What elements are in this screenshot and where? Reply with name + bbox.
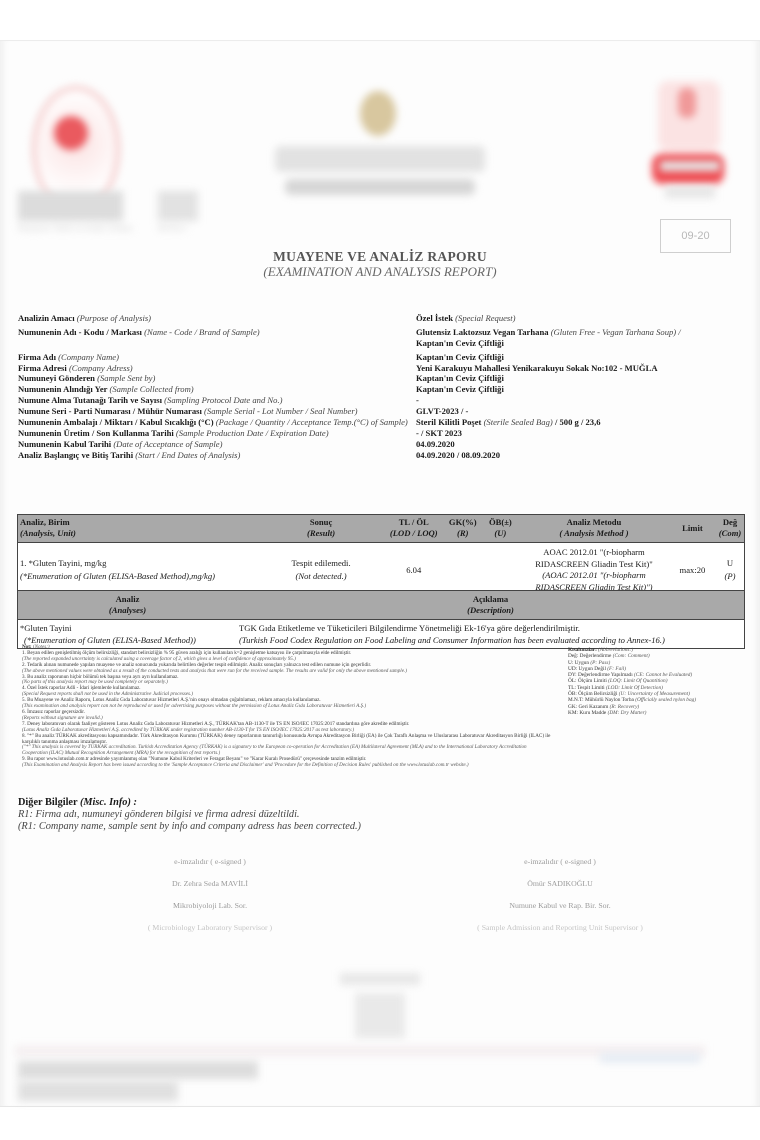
info-row: Numunenin Üretim / Son Kullanma Tarihi (… <box>18 428 746 439</box>
note-item: 2. Tedarik alınan numunede yapılan muaye… <box>22 663 552 675</box>
note-item: 1. Beyan edilen genişletilmiş ölçüm beli… <box>22 651 552 663</box>
footer-contact <box>18 1081 178 1101</box>
laboratory-logo <box>270 91 490 201</box>
info-value: GLVT-2023 / - <box>416 406 468 416</box>
info-label: Numune Seri - Parti Numarası / Mühür Num… <box>18 406 358 416</box>
info-value: Özel İstek (Special Request) <box>416 313 516 323</box>
info-row-continuation: Kaptan'ın Ceviz Çiftliği <box>18 338 746 349</box>
signature-right: e-imzalıdır ( e-signed ) Ömür SADIKOĞLU … <box>410 851 710 939</box>
note-item: 5. Bu Muayene ve Analiz Raporu, Lotus An… <box>22 698 552 710</box>
info-label: Numunenin Adı - Kodu / Markası (Name - C… <box>18 327 260 337</box>
info-value: Glutensiz Laktozsuz Vegan Tarhana (Glute… <box>416 327 681 337</box>
info-value: - <box>416 395 419 405</box>
sample-info: Analizin Amacı (Purpose of Analysis)Özel… <box>18 313 746 461</box>
info-label: Numune Alma Tutanağı Tarih ve Sayısı (Sa… <box>18 395 282 405</box>
signature-left: e-imzalıdır ( e-signed ) Dr. Zehra Seda … <box>60 851 360 939</box>
abbreviations: Kısaltmalar: (Abbreviations:)Değ: Değerl… <box>568 647 758 716</box>
note-item: 8. "*" Bu analiz TÜRKAK akreditasyonu ka… <box>22 734 552 758</box>
info-value: 04.09.2020 / 08.09.2020 <box>416 450 500 460</box>
footer-link <box>600 1053 700 1063</box>
info-label: Firma Adı (Company Name) <box>18 352 119 362</box>
note-item: 7. Deney laboratuvarı olarak faaliyet gö… <box>22 722 552 734</box>
footer-stamp <box>330 963 425 1048</box>
description-table: Analiz(Analyses) Açıklama(Description) *… <box>17 590 745 649</box>
info-row: Numunenin Ambalajı / Miktarı / Kabul Sıc… <box>18 417 746 428</box>
info-label: Analizin Amacı (Purpose of Analysis) <box>18 313 151 323</box>
info-row: Numunenin Alındığı Yer (Sample Collected… <box>18 384 746 395</box>
info-label: Numunenin Kabul Tarihi (Date of Acceptan… <box>18 439 222 449</box>
info-label: Numunenin Alındığı Yer (Sample Collected… <box>18 384 194 394</box>
abbreviation-item: KM: Kuru Madde (DM: Dry Matter) <box>568 710 758 716</box>
info-label: Firma Adresi (Company Adress) <box>18 363 133 373</box>
report-date-box: 09-20 <box>660 219 731 253</box>
info-value: - / SKT 2023 <box>416 428 462 438</box>
info-value: 04.09.2020 <box>416 439 455 449</box>
info-row: Numunenin Kabul Tarihi (Date of Acceptan… <box>18 439 746 450</box>
report-page: Muayene Tahlil ve Analiz Ünitesi MUĞLA 0… <box>0 40 760 1107</box>
note-item: 6. İmzasız raporlar geçersizdir.(Reports… <box>22 710 552 722</box>
info-value: Kaptan'ın Ceviz Çiftliği <box>416 384 504 394</box>
info-row: Numunenin Adı - Kodu / Markası (Name - C… <box>18 327 746 338</box>
info-label: Numunenin Ambalajı / Miktarı / Kabul Sıc… <box>18 417 408 427</box>
info-row: Numune Alma Tutanağı Tarih ve Sayısı (Sa… <box>18 395 746 406</box>
info-row: Analizin Amacı (Purpose of Analysis)Özel… <box>18 313 746 324</box>
note-item: 9. Bu rapor www.lotuslab.com.tr adresind… <box>22 757 552 769</box>
info-row: Firma Adı (Company Name)Kaptan'ın Ceviz … <box>18 352 746 363</box>
info-row: Numuneyi Gönderen (Sample Sent by)Kaptan… <box>18 373 746 384</box>
report-notes: Not: (Notes:)1. Beyan edilen genişletilm… <box>22 645 552 769</box>
info-value: Steril Kilitli Poşet (Sterile Sealed Bag… <box>416 417 601 427</box>
results-header-row: Analiz, Birim(Analysis, Unit) Sonuç(Resu… <box>18 515 745 543</box>
info-label: Numunenin Üretim / Son Kullanma Tarihi (… <box>18 428 329 438</box>
ministry-logo <box>30 86 115 206</box>
results-table: Analiz, Birim(Analysis, Unit) Sonuç(Resu… <box>17 514 745 598</box>
info-value: Kaptan'ın Ceviz Çiftliği <box>416 373 504 383</box>
misc-info: Diğer Bilgiler (Misc. Info) : R1: Firma … <box>18 797 618 833</box>
info-row: Analiz Başlangıç ve Bitiş Tarihi (Start … <box>18 450 746 461</box>
info-row: Numune Seri - Parti Numarası / Mühür Num… <box>18 406 746 417</box>
accreditation-logo <box>650 76 730 196</box>
info-label: Analiz Başlangıç ve Bitiş Tarihi (Start … <box>18 450 240 460</box>
info-value: Yeni Karakuyu Mahallesi Yenikarakuyu Sok… <box>416 363 658 373</box>
info-row: Firma Adresi (Company Adress)Yeni Karaku… <box>18 363 746 374</box>
footer-address <box>18 1061 258 1079</box>
info-label: Numuneyi Gönderen (Sample Sent by) <box>18 373 155 383</box>
info-value: Kaptan'ın Ceviz Çiftliği <box>416 352 504 362</box>
description-header-row: Analiz(Analyses) Açıklama(Description) <box>18 591 745 620</box>
report-title: MUAYENE VE ANALİZ RAPORU (EXAMINATION AN… <box>0 249 760 280</box>
